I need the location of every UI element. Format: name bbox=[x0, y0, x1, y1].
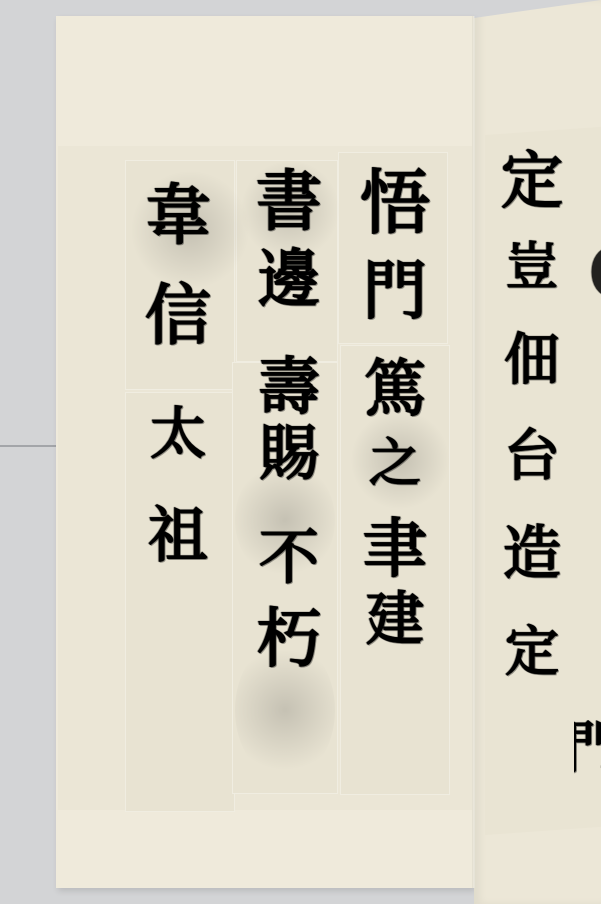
character: 信 bbox=[145, 282, 211, 406]
character: 朽 bbox=[257, 608, 321, 688]
character: 悟 bbox=[360, 168, 430, 260]
background-edge-line bbox=[0, 445, 60, 447]
character: 定 bbox=[505, 624, 559, 704]
character: 聿 bbox=[363, 518, 427, 590]
character: 邊 bbox=[258, 248, 320, 356]
character: 門 bbox=[363, 260, 427, 358]
calligraphy-column-3: 韋 信 太 祖 bbox=[132, 182, 224, 586]
character: 賜 bbox=[259, 424, 319, 528]
right-page-column-1: 定 豈 佃 台 造 定 bbox=[492, 150, 572, 704]
right-page-column-2-partial: 門 bbox=[574, 720, 601, 810]
character: 佃 bbox=[504, 332, 560, 428]
character: 門 bbox=[574, 720, 601, 810]
character: 篤 bbox=[364, 358, 426, 438]
character: 台 bbox=[504, 428, 560, 524]
character: 祖 bbox=[148, 506, 208, 586]
character: 書 bbox=[256, 168, 322, 248]
character: 之 bbox=[369, 438, 421, 518]
character: 太 bbox=[150, 406, 206, 506]
page-fold bbox=[472, 16, 475, 888]
character: 建 bbox=[366, 590, 424, 660]
character: 壽 bbox=[258, 356, 320, 424]
character: 定 bbox=[501, 150, 563, 242]
character: 不 bbox=[259, 528, 319, 608]
character: 韋 bbox=[145, 182, 211, 282]
calligraphy-column-1: 悟 門 篤 之 聿 建 bbox=[350, 168, 440, 660]
partial-stroke: ゝ bbox=[588, 360, 601, 420]
character: 豈 bbox=[506, 242, 558, 332]
character: 造 bbox=[503, 524, 561, 624]
partial-stroke: ( bbox=[586, 240, 601, 300]
calligraphy-column-2: 書 邊 壽 賜 不 朽 bbox=[244, 168, 334, 688]
